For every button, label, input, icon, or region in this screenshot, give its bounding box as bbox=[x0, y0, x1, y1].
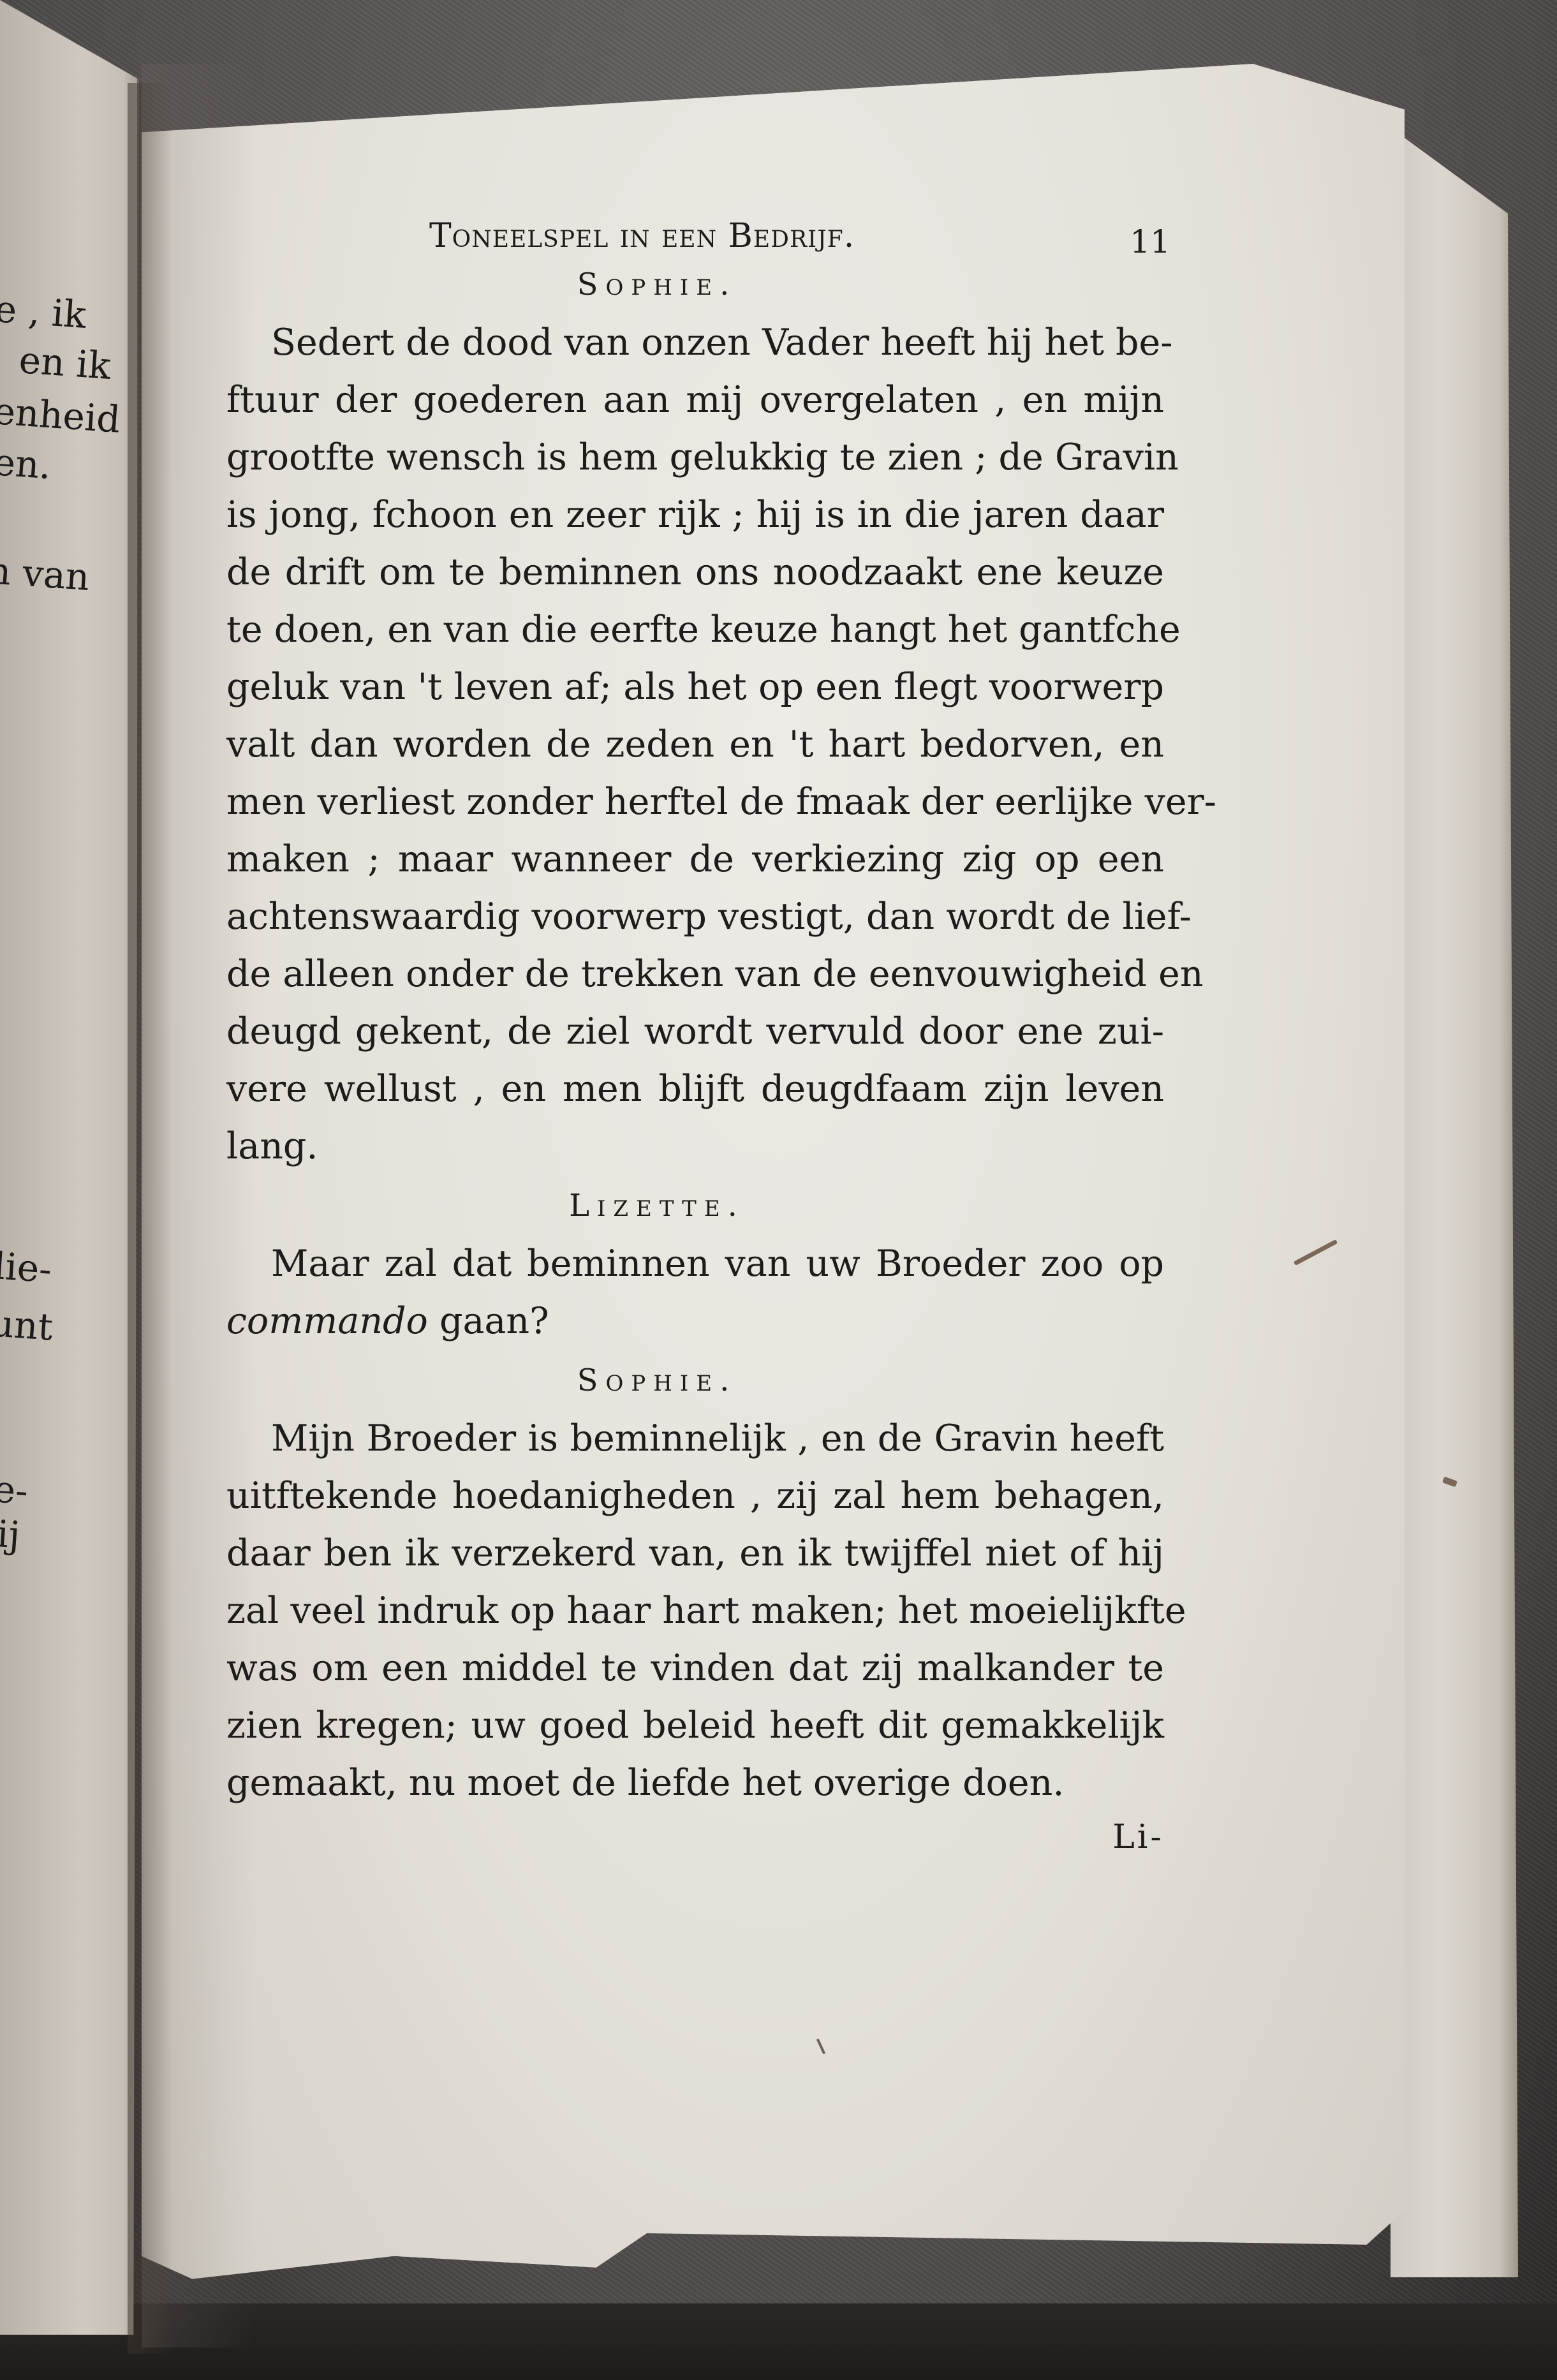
speech-paragraph: Mijn Broeder is beminnelijk , en de Grav… bbox=[226, 1410, 1164, 1812]
speech-paragraph: Sedert de dood van onzen Vader heeft hij… bbox=[226, 314, 1164, 1175]
text-line: achtenswaardig voorwerp vestigt, dan wor… bbox=[226, 888, 1164, 945]
text-line: men verliest zonder herftel de fmaak der… bbox=[226, 773, 1164, 831]
text-line: was om een middel te vinden dat zij malk… bbox=[226, 1639, 1164, 1697]
speaker-heading: Sophie. bbox=[226, 1363, 1164, 1398]
left-page-fragment: e- bbox=[0, 1467, 29, 1513]
text-line: geluk van 't leven af; als het op een fl… bbox=[226, 658, 1164, 716]
text-line: deugd gekent, de ziel wordt vervuld door… bbox=[226, 1003, 1164, 1060]
page-content: Toneelspel in een Bedrijf. 11 Sophie. Se… bbox=[226, 204, 1164, 1856]
running-title: Toneelspel in een Bedrijf. bbox=[429, 217, 855, 255]
text-line: valt dan worden de zeden en 't hart bedo… bbox=[226, 716, 1164, 773]
cloth-background-bottom bbox=[0, 2303, 1557, 2380]
text-line: is jong, fchoon en zeer rijk ; hij is in… bbox=[226, 486, 1164, 543]
text-line: vere wellust , en men blijft deugdfaam z… bbox=[226, 1060, 1164, 1118]
text-line: commando gaan? bbox=[226, 1292, 1164, 1350]
text-line: Maar zal dat beminnen van uw Broeder zoo… bbox=[226, 1235, 1164, 1292]
left-page-fragment: e , ik bbox=[0, 287, 87, 337]
left-page-fragment: en. bbox=[0, 440, 52, 487]
page-edge-stack bbox=[1391, 128, 1518, 2277]
left-page-fragment: unt bbox=[0, 1301, 54, 1349]
speaker-heading: Sophie. bbox=[226, 267, 1164, 302]
text-line: daar ben ik verzekerd van, en ik twijffe… bbox=[226, 1525, 1164, 1582]
text-line: grootfte wensch is hem gelukkig te zien … bbox=[226, 429, 1164, 486]
text-line: zien kregen; uw goed beleid heeft dit ge… bbox=[226, 1697, 1164, 1754]
left-page-fragment: ij bbox=[0, 1512, 22, 1556]
text-line: Mijn Broeder is beminnelijk , en de Grav… bbox=[226, 1410, 1164, 1467]
speech-paragraph: Maar zal dat beminnen van uw Broeder zoo… bbox=[226, 1235, 1164, 1350]
text-line: Sedert de dood van onzen Vader heeft hij… bbox=[226, 314, 1164, 371]
italic-word: commando bbox=[226, 1300, 428, 1342]
text-line: gemaakt, nu moet de liefde het overige d… bbox=[226, 1754, 1164, 1812]
left-page-fragment: en ik bbox=[18, 338, 112, 388]
gutter-shadow bbox=[128, 83, 172, 2354]
text-line: de drift om te beminnen ons noodzaakt en… bbox=[226, 543, 1164, 601]
left-page-fragment: enheid bbox=[0, 389, 122, 441]
running-head: Toneelspel in een Bedrijf. 11 bbox=[226, 204, 1164, 262]
speaker-heading: Lizette. bbox=[226, 1188, 1164, 1223]
text-line: lang. bbox=[226, 1118, 1164, 1175]
left-page-fragment: lie- bbox=[0, 1244, 53, 1291]
text-line-rest: gaan? bbox=[428, 1300, 549, 1342]
text-line: ftuur der goederen aan mij overgelaten ,… bbox=[226, 371, 1164, 429]
previous-page: e , ik en ik enheid en. n van lie- unt e… bbox=[0, 0, 139, 2335]
left-page-fragment: n van bbox=[0, 549, 91, 599]
page-number: 11 bbox=[1130, 223, 1170, 260]
text-line: zal veel indruk op haar hart maken; het … bbox=[226, 1582, 1164, 1639]
text-line: de alleen onder de trekken van de eenvou… bbox=[226, 945, 1164, 1003]
text-line: maken ; maar wanneer de verkiezing zig o… bbox=[226, 831, 1164, 888]
text-line: uitftekende hoedanigheden , zij zal hem … bbox=[226, 1467, 1164, 1525]
catchword: Li- bbox=[226, 1818, 1164, 1856]
text-line: te doen, en van die eerfte keuze hangt h… bbox=[226, 601, 1164, 658]
